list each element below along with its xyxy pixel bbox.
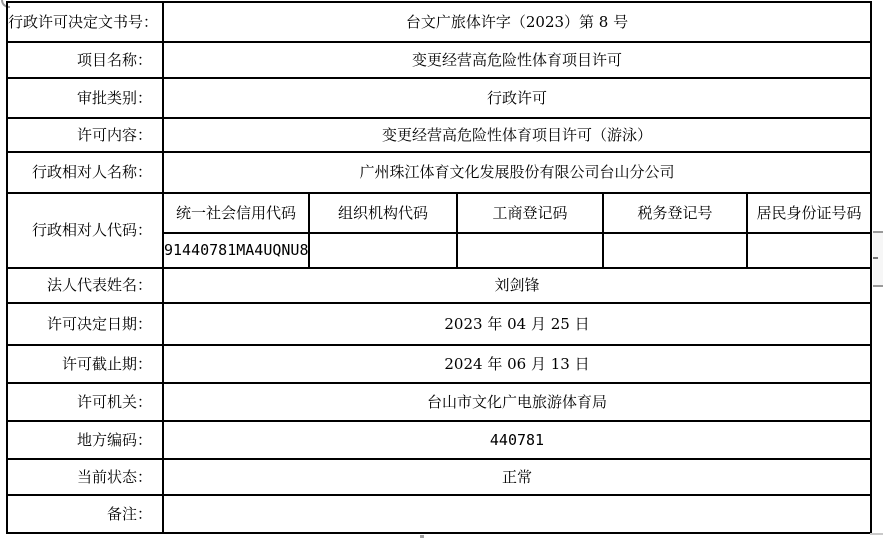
row-expiry-date: 许可截止期： 2024 年 06 月 13 日 — [7, 345, 871, 383]
label-counterpart-name: 行政相对人名称： — [7, 152, 163, 193]
row-region-code: 地方编码： 440781 — [7, 421, 871, 459]
vertical-scrollbar-fragment[interactable] — [873, 231, 883, 287]
value-business-registration-code — [457, 233, 603, 268]
row-licensing-authority: 许可机关： 台山市文化广电旅游体育局 — [7, 383, 871, 421]
scrollbar-thumb-mark — [873, 257, 878, 259]
value-unified-social-credit-code: 91440781MA4UQNU82E — [163, 233, 309, 268]
row-license-content: 许可内容： 变更经营高危险性体育项目许可（游泳） — [7, 118, 871, 152]
header-business-registration-code: 工商登记码 — [457, 193, 603, 233]
row-decision-date: 许可决定日期： 2023 年 04 月 25 日 — [7, 303, 871, 345]
row-approval-category: 审批类别： 行政许可 — [7, 78, 871, 118]
label-counterpart-code: 行政相对人代码： — [7, 193, 163, 268]
label-current-status: 当前状态： — [7, 459, 163, 495]
value-region-code: 440781 — [163, 421, 871, 459]
row-counterpart-code-headers: 行政相对人代码： 统一社会信用代码 组织机构代码 工商登记码 税务登记号 居民身… — [7, 193, 871, 233]
value-resident-id-number — [747, 233, 871, 268]
value-remarks — [163, 495, 871, 533]
label-licensing-authority: 许可机关： — [7, 383, 163, 421]
label-project-name: 项目名称： — [7, 42, 163, 78]
value-organization-code — [309, 233, 457, 268]
value-counterpart-name: 广州珠江体育文化发展股份有限公司台山分公司 — [163, 152, 871, 193]
row-current-status: 当前状态： 正常 — [7, 459, 871, 495]
bottom-edge-artifact — [870, 533, 883, 535]
row-legal-representative: 法人代表姓名： 刘剑锋 — [7, 268, 871, 303]
label-decision-date: 许可决定日期： — [7, 303, 163, 345]
label-license-content: 许可内容： — [7, 118, 163, 152]
row-counterpart-name: 行政相对人名称： 广州珠江体育文化发展股份有限公司台山分公司 — [7, 152, 871, 193]
row-document-number: 行政许可决定文书号： 台文广旅体许字（2023）第 8 号 — [7, 2, 871, 42]
header-unified-social-credit-code: 统一社会信用代码 — [163, 193, 309, 233]
value-document-number: 台文广旅体许字（2023）第 8 号 — [163, 2, 871, 42]
header-resident-id-number: 居民身份证号码 — [747, 193, 871, 233]
header-tax-registration-number: 税务登记号 — [603, 193, 747, 233]
label-region-code: 地方编码： — [7, 421, 163, 459]
label-approval-category: 审批类别： — [7, 78, 163, 118]
license-record-page: 行政许可决定文书号： 台文广旅体许字（2023）第 8 号 项目名称： 变更经营… — [0, 0, 883, 538]
license-table: 行政许可决定文书号： 台文广旅体许字（2023）第 8 号 项目名称： 变更经营… — [6, 1, 872, 534]
value-licensing-authority: 台山市文化广电旅游体育局 — [163, 383, 871, 421]
value-expiry-date: 2024 年 06 月 13 日 — [163, 345, 871, 383]
value-project-name: 变更经营高危险性体育项目许可 — [163, 42, 871, 78]
value-approval-category: 行政许可 — [163, 78, 871, 118]
row-project-name: 项目名称： 变更经营高危险性体育项目许可 — [7, 42, 871, 78]
header-organization-code: 组织机构代码 — [309, 193, 457, 233]
label-document-number: 行政许可决定文书号： — [7, 2, 163, 42]
value-legal-representative: 刘剑锋 — [163, 268, 871, 303]
label-remarks: 备注： — [7, 495, 163, 533]
label-expiry-date: 许可截止期： — [7, 345, 163, 383]
row-remarks: 备注： — [7, 495, 871, 533]
label-legal-representative: 法人代表姓名： — [7, 268, 163, 303]
value-current-status: 正常 — [163, 459, 871, 495]
value-decision-date: 2023 年 04 月 25 日 — [163, 303, 871, 345]
value-tax-registration-number — [603, 233, 747, 268]
value-license-content: 变更经营高危险性体育项目许可（游泳） — [163, 118, 871, 152]
